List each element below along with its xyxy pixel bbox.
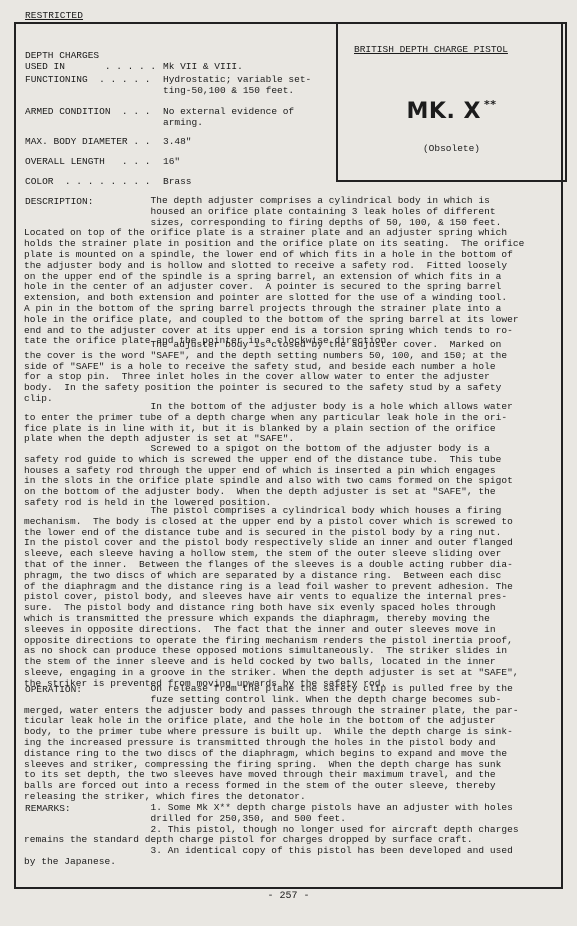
spec-color: COLOR . . . . . . . .Brass — [25, 176, 150, 187]
spec-label: USED IN . . . . . — [25, 61, 156, 72]
operation-text: On release from the plane the safety cli… — [24, 684, 554, 803]
spec-value: No external evidence of arming. — [163, 106, 294, 128]
classification-marking: RESTRICTED — [25, 10, 83, 21]
remarks-text: 1. Some Mk X** depth charge pistols have… — [24, 803, 554, 868]
pistol-designation: MK. X** — [338, 98, 565, 124]
spec-label: FUNCTIONING . . . . . — [25, 74, 150, 85]
spec-label: MAX. BODY DIAMETER . . — [25, 136, 150, 147]
spec-label: ARMED CONDITION . . . — [25, 106, 150, 117]
description-paragraph-2: The adjuster body is closed by the adjus… — [24, 340, 554, 405]
status-note: (Obsolete) — [338, 143, 565, 154]
title-box-heading: BRITISH DEPTH CHARGE PISTOL — [354, 44, 508, 55]
page-number: - 257 - — [0, 891, 577, 902]
pistol-mark: MK. X — [407, 99, 481, 124]
spec-armed-condition: ARMED CONDITION . . .No external evidenc… — [25, 106, 150, 117]
spec-value: Mk VII & VIII. — [163, 61, 243, 72]
title-box: BRITISH DEPTH CHARGE PISTOL MK. X** (Obs… — [336, 22, 567, 182]
spec-value: Brass — [163, 176, 192, 187]
spec-max-body-diameter: MAX. BODY DIAMETER . .3.48" — [25, 136, 150, 147]
spec-label: COLOR . . . . . . . . — [25, 176, 150, 187]
description-paragraph-5: The pistol comprises a cylindrical body … — [24, 506, 554, 690]
description-paragraph-1: The depth adjuster comprises a cylindric… — [24, 196, 554, 347]
description-paragraph-4: Screwed to a spigot on the bottom of the… — [24, 444, 554, 509]
spec-used-in: USED IN . . . . .Mk VII & VIII. — [25, 61, 156, 72]
spec-value: Hydrostatic; variable set- ting-50,100 &… — [163, 74, 311, 96]
spec-depth-charges: DEPTH CHARGES — [25, 50, 99, 61]
mark-suffix: ** — [484, 98, 497, 111]
spec-label: DEPTH CHARGES — [25, 50, 99, 61]
spec-overall-length: OVERALL LENGTH . . .16" — [25, 156, 150, 167]
description-paragraph-3: In the bottom of the adjuster body is a … — [24, 402, 554, 445]
spec-label: OVERALL LENGTH . . . — [25, 156, 150, 167]
spec-value: 3.48" — [163, 136, 192, 147]
spec-value: 16" — [163, 156, 180, 167]
spec-functioning: FUNCTIONING . . . . .Hydrostatic; variab… — [25, 74, 150, 85]
document-frame: BRITISH DEPTH CHARGE PISTOL MK. X** (Obs… — [14, 22, 563, 889]
